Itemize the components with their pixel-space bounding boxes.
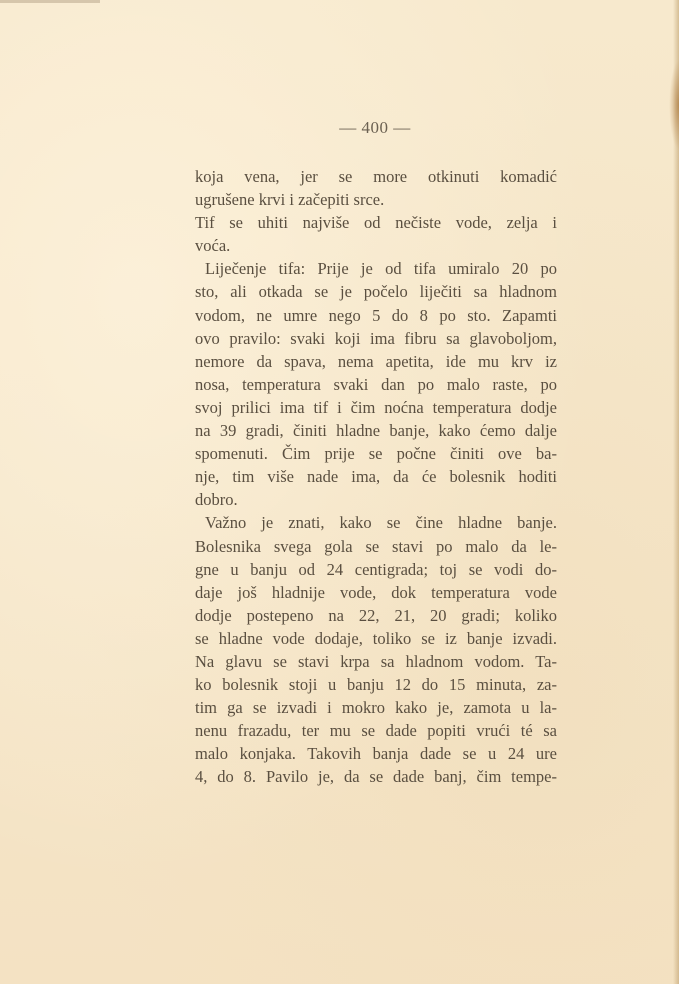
text-line: sto, ali otkada se je počelo liječiti sa…: [195, 280, 557, 303]
text-line: se hladne vode dodaje, toliko se iz banj…: [195, 627, 557, 650]
text-line: Liječenje tifa: Prije je od tifa umiralo…: [195, 257, 557, 280]
text-line: gne u banju od 24 centigrada; toj se vod…: [195, 558, 557, 581]
text-line: vodom, ne umre nego 5 do 8 po sto. Zapam…: [195, 304, 557, 327]
page-number: — 400 —: [0, 118, 679, 138]
text-line: nemore da spava, nema apetita, ide mu kr…: [195, 350, 557, 373]
text-line: nje, tim više nade ima, da će bolesnik h…: [195, 465, 557, 488]
text-line: tim ga se izvadi i mokro kako je, zamota…: [195, 696, 557, 719]
text-line: nosa, temperatura svaki dan po malo rast…: [195, 373, 557, 396]
text-line: Važno je znati, kako se čine hladne banj…: [195, 511, 557, 534]
text-line: ko bolesnik stoji u banju 12 do 15 minut…: [195, 673, 557, 696]
text-line: Bolesnika svega gola se stavi po malo da…: [195, 535, 557, 558]
text-line: ovo pravilo: svaki koji ima fibru sa gla…: [195, 327, 557, 350]
text-line: na 39 gradi, činiti hladne banje, kako ć…: [195, 419, 557, 442]
body-text: koja vena, jer se more otkinuti komadiću…: [195, 165, 557, 789]
text-line: dobro.: [195, 488, 557, 511]
text-line: malo konjaka. Takovih banja dade se u 24…: [195, 742, 557, 765]
text-line: daje još hladnije vode, dok temperatura …: [195, 581, 557, 604]
text-line: ugrušene krvi i začepiti srce.: [195, 188, 557, 211]
text-line: dodje postepeno na 22, 21, 20 gradi; kol…: [195, 604, 557, 627]
text-line: 4, do 8. Pavilo je, da se dade banj, čim…: [195, 765, 557, 788]
text-line: Na glavu se stavi krpa sa hladnom vodom.…: [195, 650, 557, 673]
page-top-edge: [0, 0, 100, 3]
text-line: svoj prilici ima tif i čim noćna tempera…: [195, 396, 557, 419]
text-line: Tif se uhiti najviše od nečiste vode, ze…: [195, 211, 557, 234]
book-page: — 400 — koja vena, jer se more otkinuti …: [0, 0, 679, 984]
text-line: nenu frazadu, ter mu se dade popiti vruć…: [195, 719, 557, 742]
text-line: spomenuti. Čim prije se počne činiti ove…: [195, 442, 557, 465]
text-line: voća.: [195, 234, 557, 257]
text-line: koja vena, jer se more otkinuti komadić: [195, 165, 557, 188]
